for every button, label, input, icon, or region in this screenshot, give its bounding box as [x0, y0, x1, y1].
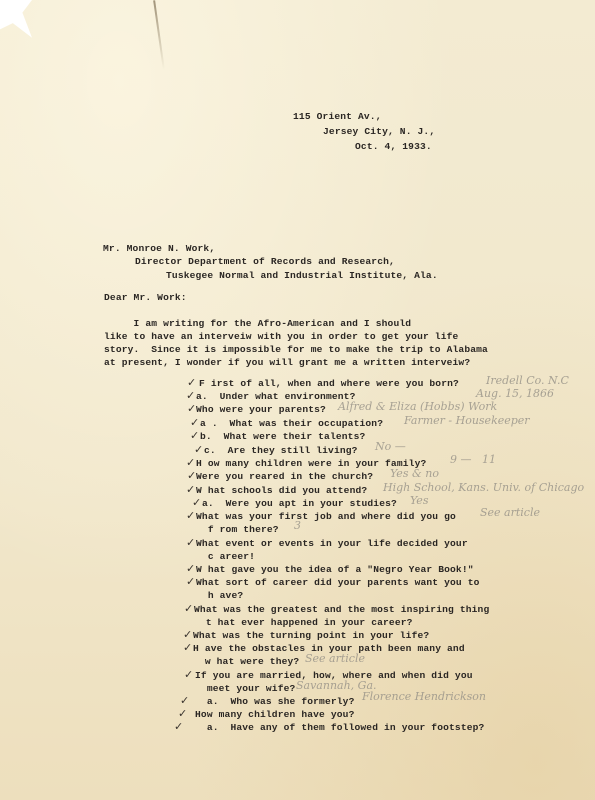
handwritten-answer: 3: [294, 519, 301, 532]
handwritten-answer: See article: [305, 652, 365, 665]
handwritten-answer: Alfred & Eliza (Hobbs) Work: [338, 400, 497, 413]
checkmark-icon: ✓: [184, 603, 193, 615]
checkmark-icon: ✓: [186, 576, 195, 588]
checkmark-icon: ✓: [190, 417, 199, 429]
question-line: h ave?: [196, 590, 243, 602]
checkmark-icon: ✓: [183, 629, 192, 641]
checkmark-icon: ✓: [178, 708, 187, 720]
handwritten-answer: No —: [375, 440, 406, 453]
question-line: f rom there?: [196, 524, 279, 536]
recipient-name: Mr. Monroe N. Work,: [103, 243, 215, 255]
body-line: I am writing for the Afro-American and I…: [104, 318, 411, 330]
handwritten-answer: Farmer - Housekeeper: [404, 414, 530, 427]
handwritten-answer: Iredell Co. N.C: [486, 374, 569, 387]
question-line: Were you reared in the church?: [196, 471, 373, 483]
question-line: a. Who was she formerly?: [195, 696, 355, 708]
handwritten-answer: Florence Hendrickson: [362, 690, 486, 703]
recipient-institution: Tuskegee Normal and Industrial Institute…: [166, 270, 438, 282]
question-line: a. Under what environment?: [196, 391, 356, 403]
question-line: F irst of all, when and where were you b…: [199, 378, 459, 390]
checkmark-icon: ✓: [186, 563, 195, 575]
handwritten-answer: 9 — 11: [450, 453, 496, 466]
checkmark-icon: ✓: [192, 497, 201, 509]
question-line: What sort of career did your parents wan…: [196, 577, 480, 589]
question-line: a. Have any of them followed in your foo…: [195, 722, 484, 734]
question-line: What was your first job and where did yo…: [196, 511, 456, 523]
body-line: like to have an interveiw with you in or…: [104, 331, 458, 343]
handwritten-answer: Aug. 15, 1866: [476, 387, 554, 400]
question-line: What was the turning point in your life?: [193, 630, 429, 642]
checkmark-icon: ✓: [184, 669, 193, 681]
question-line: W hat gave you the idea of a "Negro Year…: [196, 564, 474, 576]
question-line: What event or events in your life decide…: [196, 538, 468, 550]
body-line: story. Since it is impossible for me to …: [104, 344, 488, 356]
handwritten-answer: Yes & no: [390, 467, 439, 480]
return-address-street: 115 Orient Av.,: [293, 111, 382, 123]
question-line: t hat ever happened in your career?: [194, 617, 413, 629]
handwritten-answer: High School, Kans. Univ. of Chicago: [383, 481, 584, 494]
question-line: meet your wife?: [195, 683, 295, 695]
handwritten-answer: Yes: [410, 494, 428, 507]
checkmark-icon: ✓: [187, 470, 196, 482]
recipient-title: Director Department of Records and Resea…: [135, 256, 395, 268]
question-line: How many children have you?: [195, 709, 355, 721]
checkmark-icon: ✓: [186, 484, 195, 496]
body-line: at present, I wonder if you will grant m…: [104, 357, 470, 369]
question-line: w hat were they?: [193, 656, 299, 668]
checkmark-icon: ✓: [186, 537, 195, 549]
checkmark-icon: ✓: [186, 510, 195, 522]
checkmark-icon: ✓: [190, 430, 199, 442]
checkmark-icon: ✓: [187, 403, 196, 415]
question-line: b. What were their talents?: [200, 431, 365, 443]
checkmark-icon: ✓: [183, 642, 192, 654]
checkmark-icon: ✓: [194, 444, 203, 456]
question-line: c. Are they still living?: [204, 445, 358, 457]
question-line: c areer!: [196, 551, 255, 563]
question-line: W hat schools did you attend?: [196, 485, 367, 497]
question-line: What was the greatest and the most inspi…: [194, 604, 489, 616]
question-line: a . What was their occupation?: [200, 418, 383, 430]
checkmark-icon: ✓: [186, 390, 195, 402]
checkmark-icon: ✓: [180, 695, 189, 707]
handwritten-answer: See article: [480, 506, 540, 519]
question-line: Who were your parents?: [196, 404, 326, 416]
salutation: Dear Mr. Work:: [104, 292, 187, 304]
question-line: a. Were you apt in your studies?: [202, 498, 397, 510]
checkmark-icon: ✓: [187, 377, 196, 389]
letter-date: Oct. 4, 1933.: [355, 141, 432, 153]
checkmark-icon: ✓: [174, 721, 183, 733]
return-address-city: Jersey City, N. J.,: [323, 126, 435, 138]
checkmark-icon: ✓: [186, 457, 195, 469]
